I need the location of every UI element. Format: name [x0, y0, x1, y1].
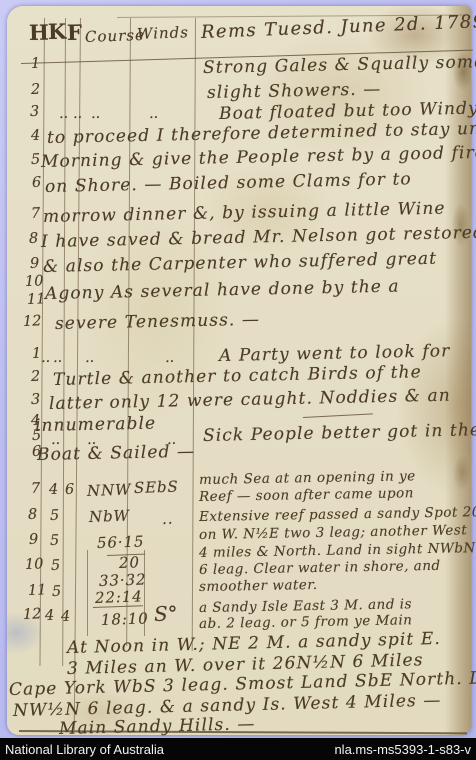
log-line: & also the Carpenter who suffered great: [43, 249, 438, 277]
hour-number: 2: [31, 369, 41, 385]
remark-line: on W. N½E two 3 leag; another West: [199, 522, 467, 543]
ditto-mark: ..: [165, 350, 175, 366]
remark-line: Reef — soon after came upon: [199, 485, 414, 505]
distance-figure: 22:14: [95, 587, 143, 607]
column-header-winds: Winds: [137, 23, 190, 43]
hour-number: 3: [31, 392, 41, 408]
hour-number: 4: [31, 128, 41, 144]
column-header-fathoms: F: [67, 20, 82, 45]
remark-line: ab. 2 leag. or 5 from ye Main: [199, 612, 413, 632]
hour-number: 12: [23, 606, 42, 623]
winds-value: ..: [162, 510, 174, 528]
hour-number: 1: [31, 56, 41, 72]
ditto-mark: ..: [73, 106, 83, 122]
log-line: Agony As several have done by the a: [45, 277, 400, 304]
log-line: I have saved & bread Mr. Nelson got rest…: [41, 223, 476, 252]
knots-value: 5: [51, 558, 61, 574]
log-line: Morning & give the People rest by a good…: [41, 143, 476, 172]
ditto-mark: ..: [91, 106, 101, 122]
image-id: nla.ms-ms5393-1-s83-v: [334, 742, 471, 757]
hour-number: 3: [30, 104, 40, 120]
caption-bar: National Library of Australia nla.ms-ms5…: [0, 738, 476, 760]
hour-number: 12: [23, 313, 42, 330]
distance-figure: 56·15: [97, 532, 145, 552]
ditto-mark: ..: [85, 350, 95, 366]
log-line: latter only 12 were caught. Noddies & an: [49, 386, 451, 414]
rule-line: [192, 18, 197, 651]
ditto-mark: ..: [87, 432, 97, 448]
ditto-mark: ..: [167, 432, 177, 448]
underline-noddies: [303, 413, 373, 418]
hour-number: 7: [31, 206, 41, 222]
hour-number: 11: [27, 291, 46, 308]
log-line: severe Tenesmuss. —: [55, 310, 260, 334]
knots-value: 5: [52, 584, 62, 600]
hour-number: 9: [30, 256, 40, 272]
hour-number: 10: [25, 273, 44, 290]
hour-number: 8: [29, 231, 39, 247]
distance-figure: 18:10: [101, 609, 149, 629]
library-name: National Library of Australia: [5, 742, 164, 757]
rule-line: [87, 550, 88, 636]
manuscript-page: H K F Course Winds Rems Tuesd. June 2d. …: [7, 6, 471, 735]
course-value: NbW: [89, 507, 130, 526]
hour-number: 9: [29, 532, 39, 548]
ditto-mark: ..: [149, 106, 159, 122]
ditto-mark: ..: [51, 432, 61, 448]
ditto-mark: ..: [53, 350, 63, 366]
log-line: Turtle & another to catch Birds of the: [53, 362, 422, 390]
log-line: Sick People better got in the: [203, 420, 476, 446]
fathoms-value: 6: [65, 482, 75, 498]
ditto-mark: ..: [41, 350, 51, 366]
column-header-hours: H: [29, 20, 49, 45]
hour-number: 7: [31, 481, 41, 497]
hour-number: 8: [28, 507, 38, 523]
hour-number: 11: [28, 582, 47, 599]
knots-value: 4: [45, 608, 55, 624]
hour-number: 5: [31, 152, 41, 168]
fathoms-value: 4: [61, 609, 71, 625]
log-line: on Shore. — Boiled some Clams for to: [45, 169, 412, 197]
hour-number: 6: [32, 175, 42, 191]
noon-line: Main Sandy Hills. —: [59, 714, 256, 739]
remark-line: smoother water.: [199, 577, 318, 595]
remark-line: 6 leag. Clear water in shore, and: [199, 558, 441, 578]
knots-value: 5: [50, 508, 60, 524]
knots-value: 4: [49, 482, 59, 498]
log-line: morrow dinner &, by issuing a little Win…: [43, 199, 446, 227]
winds-value: SEbS: [134, 477, 179, 497]
distance-figure: 20: [119, 553, 141, 572]
column-header-knots: K: [48, 19, 67, 44]
hour-number: 2: [31, 82, 41, 98]
winds-value: S°: [154, 601, 179, 626]
hour-number: 10: [25, 556, 44, 573]
course-value: NNW: [87, 480, 132, 500]
remark-line: Extensive reef passed a sandy Spot 20: [199, 504, 476, 525]
scan-viewer: H K F Course Winds Rems Tuesd. June 2d. …: [0, 0, 476, 760]
knots-value: 5: [50, 533, 60, 549]
ditto-mark: ..: [59, 106, 69, 122]
log-line: slight Showers. —: [207, 79, 382, 103]
